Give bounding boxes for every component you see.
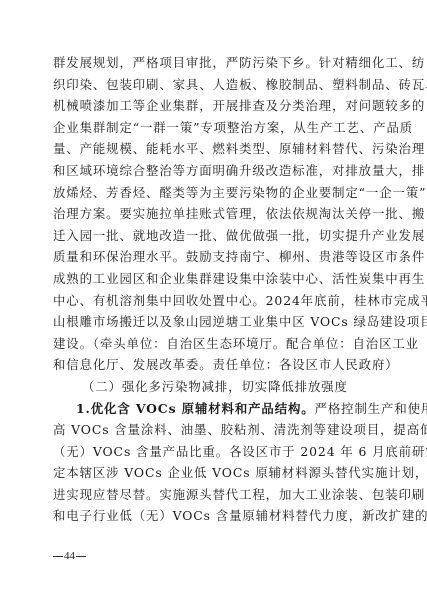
text-line: 建设。（牵头单位：自治区生态环境厅。配合单位：自治区工业 [53, 333, 379, 355]
text-line: 机械喷漆加工等企业集群，开展排查及分类治理，对问题较多的 [53, 95, 379, 117]
text-line: 企业集群制定“一群一策”专项整治方案，从生产工艺、产品质 [53, 117, 379, 139]
item-1-text: 严格控制生产和使用 [315, 401, 427, 416]
text-line: 山根雕市场搬迁以及象山园逆塘工业集中区 VOCs 绿岛建设项目 [53, 311, 379, 333]
text-line: 量、产能规模、能耗水平、燃料类型、原辅材料替代、污染治理 [53, 138, 379, 160]
text-line: 织印染、包装印刷、家具、人造板、橡胶制品、塑料制品、砖瓦、 [53, 74, 379, 96]
document-body: 群发展规划，严格项目审批，严防污染下乡。针对精细化工、纺 织印染、包装印刷、家具… [53, 52, 379, 527]
item-1-title: 1.优化含 VOCs 原辅材料和产品结构。 [76, 401, 315, 416]
text-line: 中心、有机溶剂集中回收处置中心。2024年底前，桂林市完成平 [53, 290, 379, 312]
text-line: 和信息化厅、发展改革委。责任单位：各设区市人民政府） [53, 354, 379, 376]
text-line: 和电子行业低（无）VOCs 含量原辅材料替代力度，新改扩建的出 [53, 505, 379, 527]
text-line: 成熟的工业园区和企业集群建设集中涂装中心、活性炭集中再生 [53, 268, 379, 290]
page-number: 44 [53, 550, 86, 562]
text-line: 迁入园一批、就地改造一批、做优做强一批，切实提升产业发展 [53, 225, 379, 247]
document-page: 群发展规划，严格项目审批，严防污染下乡。针对精细化工、纺 织印染、包装印刷、家具… [0, 0, 427, 604]
section-heading: （二）强化多污染物减排，切实降低排放强度 [53, 376, 379, 398]
text-line: 和区域环境综合整治等方面明确升级改造标准，对排放量大，排 [53, 160, 379, 182]
item-1-first-line: 1.优化含 VOCs 原辅材料和产品结构。严格控制生产和使用 [53, 398, 379, 420]
text-line: 质量和环保治理水平。鼓励支持南宁、柳州、贵港等设区市条件 [53, 246, 379, 268]
text-line: （无）VOCs 含量产品比重。各设区市于 2024 年 6 月底前研究制 [53, 441, 379, 463]
text-line: 定本辖区涉 VOCs 企业低 VOCs 原辅材料源头替代实施计划，推 [53, 462, 379, 484]
text-line: 高 VOCs 含量涂料、油墨、胶粘剂、清洗剂等建设项目，提高低 [53, 419, 379, 441]
text-line: 放烯烃、芳香烃、醛类等为主要污染物的企业要制定“一企一策” [53, 182, 379, 204]
page-number-dash-right [76, 556, 86, 557]
page-number-value: 44 [63, 550, 76, 562]
text-line: 治理方案。要实施拉单挂账式管理，依法依规淘汰关停一批、搬 [53, 203, 379, 225]
text-line: 进实现应替尽替。实施源头替代工程，加大工业涂装、包装印刷 [53, 484, 379, 506]
page-number-dash-left [53, 556, 63, 557]
text-line: 群发展规划，严格项目审批，严防污染下乡。针对精细化工、纺 [53, 52, 379, 74]
